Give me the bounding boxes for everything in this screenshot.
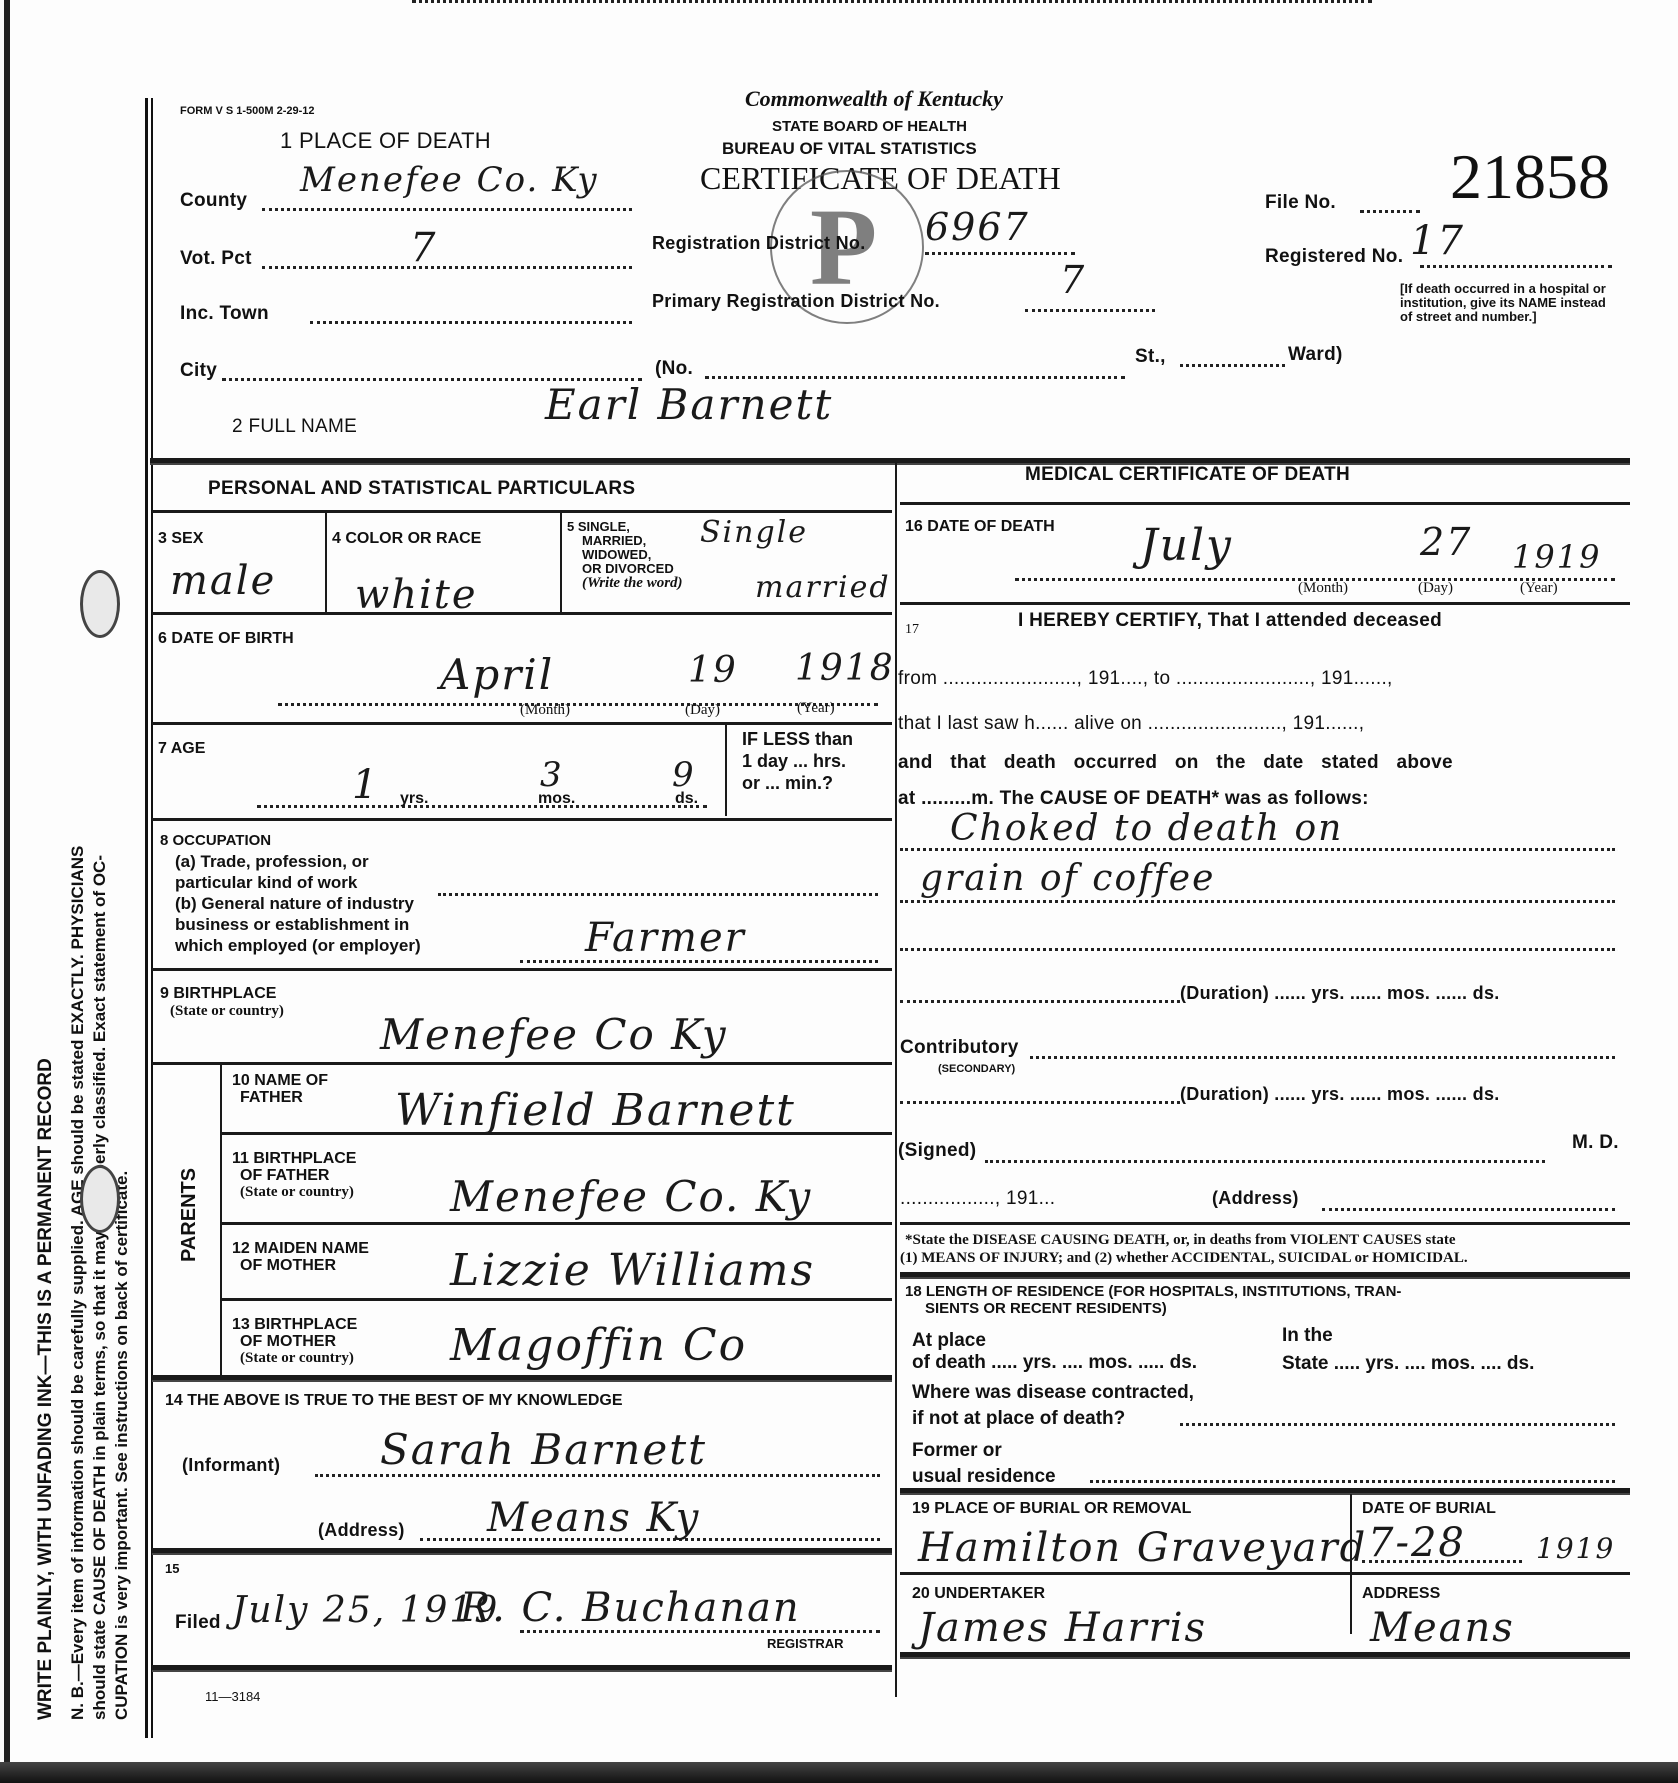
parents-label: PARENTS [178,1168,201,1262]
former-residence: Former or usual residence [912,1438,1056,1490]
physician-address-label: (Address) [1212,1188,1299,1209]
informant-label: (Informant) [182,1455,280,1476]
dod-month-caption: (Month) [1298,580,1348,597]
header-state: Commonwealth of Kentucky [745,86,1003,112]
mother-name-value[interactable]: Lizzie Williams [450,1245,815,1296]
signed-date-line: ................., 191... [900,1188,1055,1210]
race-label: 4 COLOR OR RACE [332,530,481,547]
secondary-label: (SECONDARY) [938,1062,1015,1076]
father-value[interactable]: Winfield Barnett [395,1085,796,1136]
cause-footnote-2: (1) MEANS OF INJURY; and (2) whether ACC… [900,1250,1468,1267]
ds-caption: ds. [675,790,698,807]
full-name-value[interactable]: Earl Barnett [545,380,833,429]
reg-district-value[interactable]: 6967 [925,205,1030,249]
attended-from-line: from ........................, 191...., … [898,668,1393,690]
scan-edge-left [4,0,10,1783]
county-value[interactable]: Menefee Co. Ky [300,160,599,200]
vot-pct-value[interactable]: 7 [410,225,437,271]
certify-text: I HEREBY CERTIFY, That I attended deceas… [1018,610,1442,632]
form-code: 11—3184 [205,1690,260,1704]
undertaker-address-label: ADDRESS [1362,1585,1440,1602]
father-label: 10 NAME OF FATHER [232,1072,328,1106]
burial-place-value[interactable]: Hamilton Graveyard [918,1525,1367,1571]
age-months[interactable]: 3 [540,755,564,795]
burial-date-label: DATE OF BURIAL [1362,1500,1496,1517]
age-years[interactable]: 1 [352,762,379,808]
personal-heading: PERSONAL AND STATISTICAL PARTICULARS [208,478,635,500]
undertaker-address-value[interactable]: Means [1370,1605,1515,1651]
informant-value[interactable]: Sarah Barnett [380,1425,707,1474]
primary-reg-label: Primary Registration District No. [652,291,940,312]
birthplace-sub: (State or country) [170,1003,284,1020]
dod-year-caption: (Year) [1520,580,1558,597]
informant-heading: 14 THE ABOVE IS TRUE TO THE BEST OF MY K… [165,1392,623,1409]
last-saw-line: that I last saw h...... alive on .......… [898,713,1364,735]
mother-birthplace-label: 13 BIRTHPLACE OF MOTHER (State or countr… [232,1316,357,1367]
informant-address-label: (Address) [318,1520,405,1541]
punch-hole [80,570,120,638]
burial-date-value[interactable]: 7-28 [1368,1520,1466,1566]
undertaker-label: 20 UNDERTAKER [912,1585,1045,1602]
at-place-of-death: At place of death ..... yrs. .... mos. .… [912,1330,1197,1374]
header-bureau: BUREAU OF VITAL STATISTICS [722,142,977,156]
certify-number: 17 [905,622,919,638]
undertaker-value[interactable]: James Harris [918,1605,1207,1651]
header-board: STATE BOARD OF HEALTH [772,120,967,134]
margin-instruction-heading: WRITE PLAINLY, WITH UNFADING INK—THIS IS… [35,1058,57,1720]
vot-pct-label: Vot. Pct [180,248,252,270]
occupation-label: 8 OCCUPATION (a) Trade, profession, or p… [160,830,421,956]
residence-label: 18 LENGTH OF RESIDENCE (FOR HOSPITALS, I… [905,1283,1401,1317]
file-no-label: File No. [1265,192,1336,214]
registered-no-value[interactable]: 17 [1410,218,1465,264]
ward-label: Ward) [1288,344,1343,366]
dod-year[interactable]: 1919 [1512,538,1601,576]
cause-of-death-line-1[interactable]: Choked to death on [950,808,1343,849]
cause-line: at .........m. The CAUSE OF DEATH* was a… [898,788,1369,810]
file-no-value: 21858 [1450,140,1610,214]
dod-day[interactable]: 27 [1420,520,1472,564]
registrar-signature[interactable]: R. C. Buchanan [460,1585,801,1631]
age-days[interactable]: 9 [672,755,696,795]
county-label: County [180,190,247,212]
margin-instruction-line: CUPATION is very important. See instruct… [112,1171,132,1720]
mother-birthplace-value[interactable]: Magoffin Co [450,1320,747,1371]
street-label: St., [1135,346,1166,368]
dob-label: 6 DATE OF BIRTH [158,630,294,647]
informant-address-value[interactable]: Means Ky [487,1495,700,1541]
dod-month[interactable]: July [1140,520,1233,571]
registrar-label: REGISTRAR [767,1637,844,1651]
in-the-state: In the State ..... yrs. .... mos. .... d… [1282,1322,1534,1378]
margin-instruction-line: N. B.—Every item of information should b… [68,846,88,1720]
filed-number: 15 [165,1562,179,1576]
filed-label: Filed [175,1612,221,1634]
burial-year-value[interactable]: 1919 [1536,1532,1615,1565]
registered-no-label: Registered No. [1265,246,1403,268]
death-certificate-page: WRITE PLAINLY, WITH UNFADING INK—THIS IS… [0,0,1678,1783]
medical-heading: MEDICAL CERTIFICATE OF DEATH [1025,464,1350,486]
father-birthplace-label: 11 BIRTHPLACE OF FATHER (State or countr… [232,1150,356,1201]
md-label: M. D. [1572,1132,1619,1154]
marital-value-2[interactable]: married [755,570,891,605]
dod-label: 16 DATE OF DEATH [905,518,1055,535]
street-no-label: (No. [655,358,693,380]
hospital-note: [If death occurred in a hospital or inst… [1400,282,1620,324]
occurred-line: and that death occurred on the date stat… [898,752,1453,774]
month-caption: (Month) [520,702,570,719]
form-number: FORM V S 1-500M 2-29-12 [180,104,315,118]
scan-edge-bottom [0,1762,1678,1783]
punch-hole [80,1165,120,1233]
margin-instruction-line: should state CAUSE OF DEATH in plain ter… [90,855,110,1720]
mother-name-label: 12 MAIDEN NAME OF MOTHER [232,1240,369,1274]
dod-day-caption: (Day) [1418,580,1453,597]
signed-label: (Signed) [898,1140,976,1162]
dob-year[interactable]: 1918 [795,648,895,689]
duration-line-secondary: (Duration) ...... yrs. ...... mos. .....… [1180,1084,1500,1105]
mos-caption: mos. [538,790,575,807]
age-label: 7 AGE [158,740,205,757]
burial-place-label: 19 PLACE OF BURIAL OR REMOVAL [912,1500,1191,1517]
sex-label: 3 SEX [158,530,203,547]
form-border [145,98,148,1738]
less-than-day-label: IF LESS than 1 day ... hrs. or ... min.? [742,728,853,794]
duration-line: (Duration) ...... yrs. ...... mos. .....… [1180,983,1500,1004]
reg-district-label: Registration District No. [652,233,866,254]
yrs-caption: yrs. [400,790,428,807]
sex-value[interactable]: male [170,558,276,604]
occupation-value[interactable]: Farmer [585,915,746,961]
disease-contracted: Where was disease contracted, if not at … [912,1380,1194,1432]
dob-day[interactable]: 19 [688,650,738,691]
place-of-death-heading: 1 PLACE OF DEATH [280,128,491,154]
dob-month[interactable]: April [440,650,554,699]
full-name-label: 2 FULL NAME [232,416,357,438]
father-birthplace-value[interactable]: Menefee Co. Ky [450,1172,812,1221]
marital-label: 5 SINGLE, MARRIED, WIDOWED, OR DIVORCED … [567,520,683,590]
cause-of-death-line-2[interactable]: grain of coffee [920,858,1215,899]
inc-town-label: Inc. Town [180,303,269,325]
year-caption: (Year) [797,700,835,717]
birthplace-label: 9 BIRTHPLACE [160,985,276,1002]
form-border-inner [151,98,153,1738]
day-caption: (Day) [685,702,720,719]
birthplace-value[interactable]: Menefee Co Ky [380,1010,728,1059]
primary-reg-value[interactable]: 7 [1060,258,1086,302]
cause-footnote-1: *State the DISEASE CAUSING DEATH, or, in… [905,1232,1456,1249]
marital-value-1[interactable]: Single [700,515,808,550]
contributory-label: Contributory [900,1037,1019,1059]
city-label: City [180,360,217,382]
